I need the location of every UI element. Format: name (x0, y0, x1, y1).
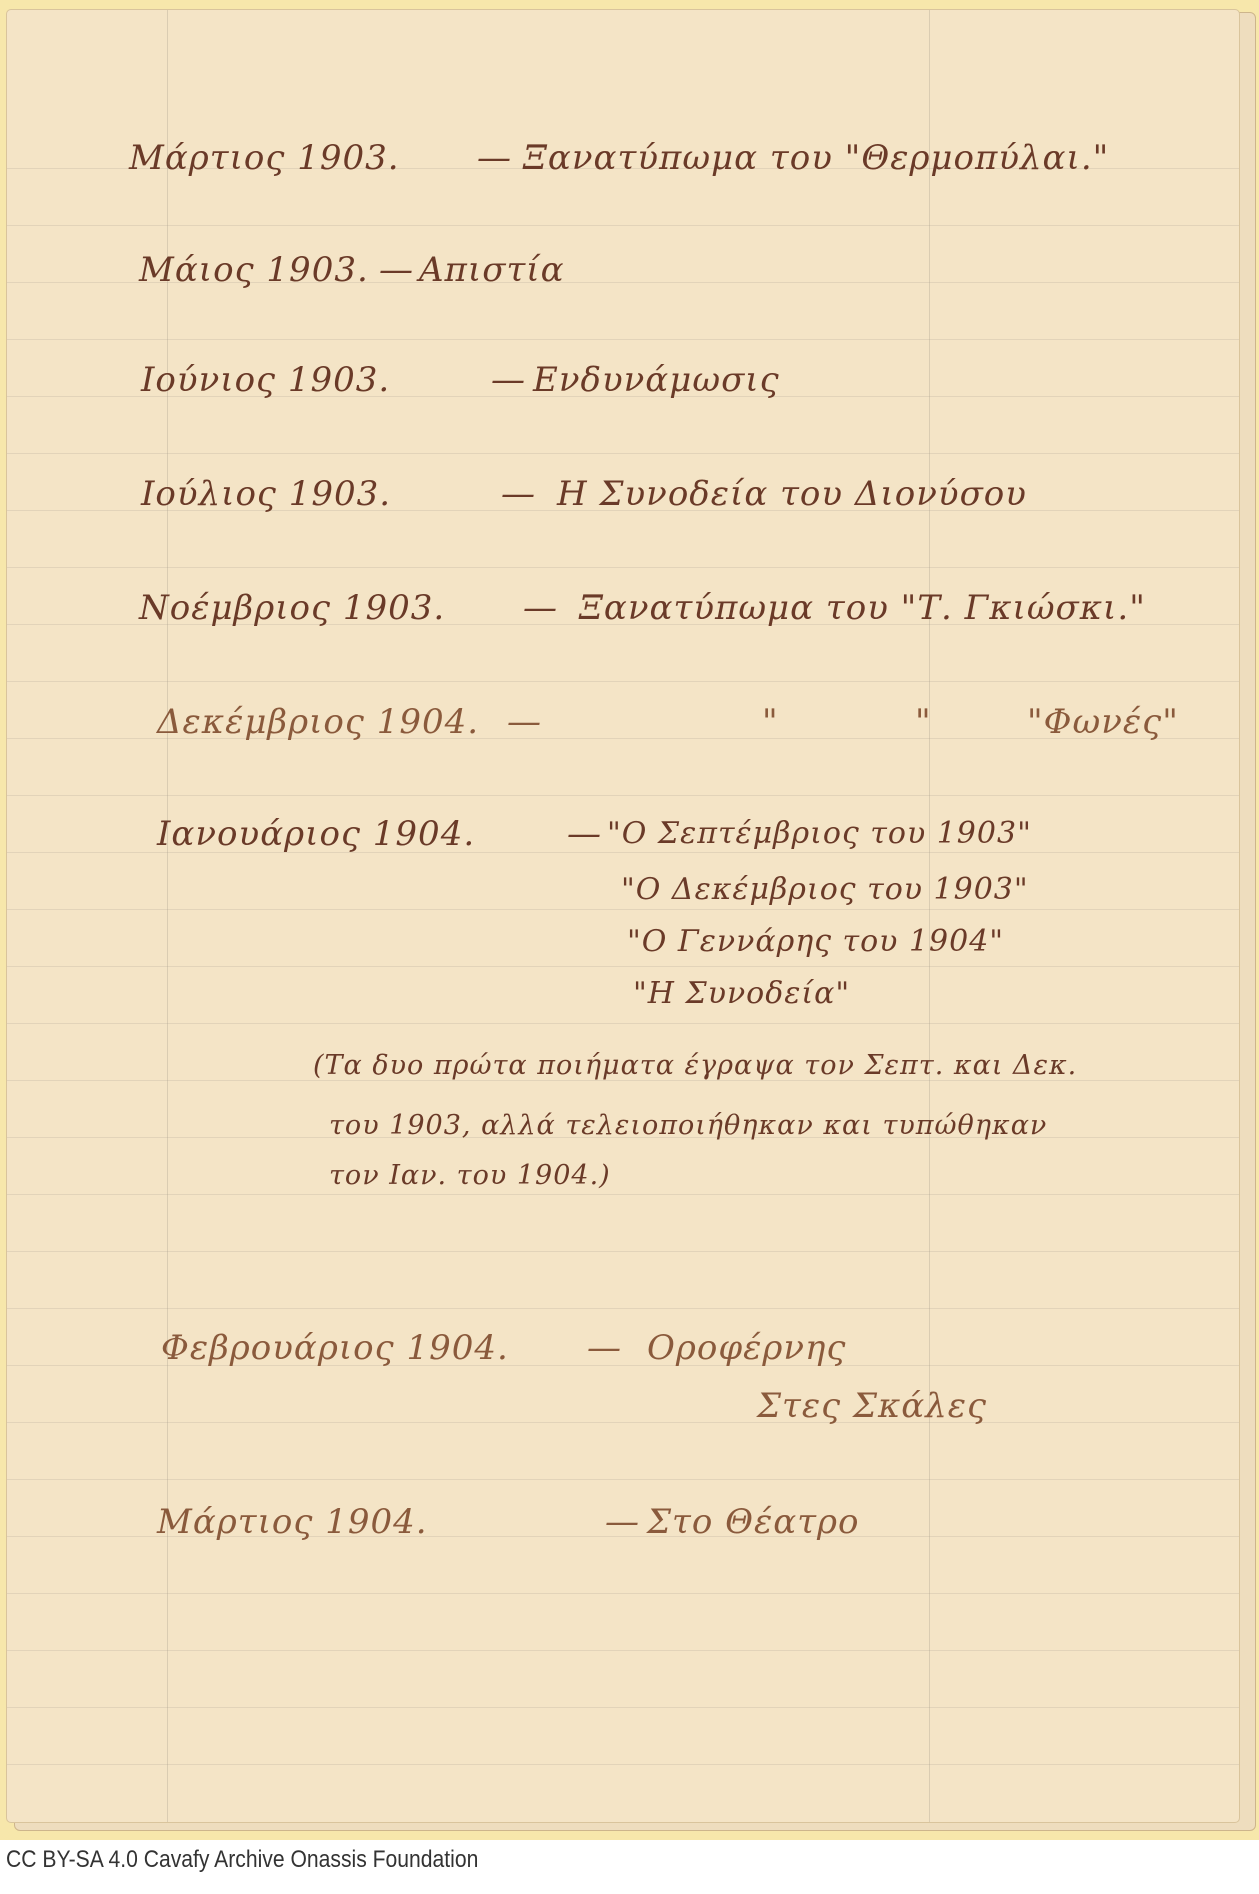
entry-title: Απιστία (419, 250, 565, 290)
entry-title: Η Συνοδεία του Διονύσου (557, 474, 1027, 514)
entry-title: Οροφέρνης (647, 1328, 846, 1368)
ruled-line (7, 1422, 1239, 1423)
entry-dash: — (523, 588, 558, 628)
note-line: τον Ιαν. του 1904.) (329, 1160, 611, 1191)
ruled-line (7, 795, 1239, 796)
ditto-mark: " (915, 702, 932, 742)
entry-date: Ιούνιος 1903. (141, 360, 390, 400)
ruled-line (7, 1194, 1239, 1195)
entry-date: Ιανουάριος 1904. (157, 814, 475, 854)
ruled-line (7, 1023, 1239, 1024)
entry-title: Ενδυνάμωσις (533, 360, 780, 400)
entry-title: "Φωνές" (1027, 702, 1179, 742)
entry-title: "Η Συνοδεία" (633, 976, 850, 1011)
entry-date: Δεκέμβριος 1904. (157, 702, 479, 742)
ruled-line (7, 1479, 1239, 1480)
ruled-line (7, 225, 1239, 226)
ruled-line (7, 1764, 1239, 1765)
entry-dash: — (567, 814, 602, 854)
entry-date: Φεβρουάριος 1904. (161, 1328, 509, 1368)
entry-title: "Ο Γεννάρης του 1904" (627, 924, 1004, 959)
ruled-line (7, 681, 1239, 682)
entry-dash: — (501, 474, 536, 514)
ruled-line (7, 453, 1239, 454)
entry-date: Μάιος 1903. (139, 250, 369, 290)
ruled-line (7, 909, 1239, 910)
entry-title: "Ο Δεκέμβριος του 1903" (621, 872, 1029, 907)
ruled-line (7, 567, 1239, 568)
entry-dash: — (587, 1328, 622, 1368)
note-line: (Τα δυο πρώτα ποιήματα έγραψα τον Σεπτ. … (313, 1050, 1077, 1081)
entry-date: Μάρτιος 1904. (157, 1502, 428, 1542)
ditto-mark: " (762, 702, 779, 742)
entry-date: Ιούλιος 1903. (141, 474, 391, 514)
ruled-line (7, 1593, 1239, 1594)
entry-date: Μάρτιος 1903. (129, 138, 400, 178)
ruled-line (7, 1707, 1239, 1708)
ruled-line (7, 1650, 1239, 1651)
ruled-line (7, 1308, 1239, 1309)
entry-title: Ξανατύπωμα του "Τ. Γκιώσκι." (579, 588, 1146, 628)
entry-dash: — (605, 1502, 640, 1542)
license-caption: CC BY-SA 4.0 Cavafy Archive Onassis Foun… (6, 1846, 478, 1874)
entry-dash: — (379, 250, 414, 290)
entry-title: Στο Θέατρο (647, 1502, 859, 1542)
entry-dash: — (491, 360, 526, 400)
entry-title: "Ο Σεπτέμβριος του 1903" (607, 816, 1032, 851)
entry-dash: — (507, 702, 542, 742)
entry-dash: — (477, 138, 512, 178)
entry-title: Ξανατύπωμα του "Θερμοπύλαι." (523, 138, 1109, 178)
margin-line-right (929, 10, 930, 1822)
ruled-line (7, 1251, 1239, 1252)
ruled-line (7, 966, 1239, 967)
manuscript-page: Μάρτιος 1903. — Ξανατύπωμα του "Θερμοπύλ… (6, 9, 1240, 1823)
entry-title: Στες Σκάλες (757, 1386, 987, 1426)
note-line: του 1903, αλλά τελειοποιήθηκαν και τυπώθ… (329, 1110, 1047, 1141)
ruled-line (7, 339, 1239, 340)
entry-date: Νοέμβριος 1903. (139, 588, 445, 628)
